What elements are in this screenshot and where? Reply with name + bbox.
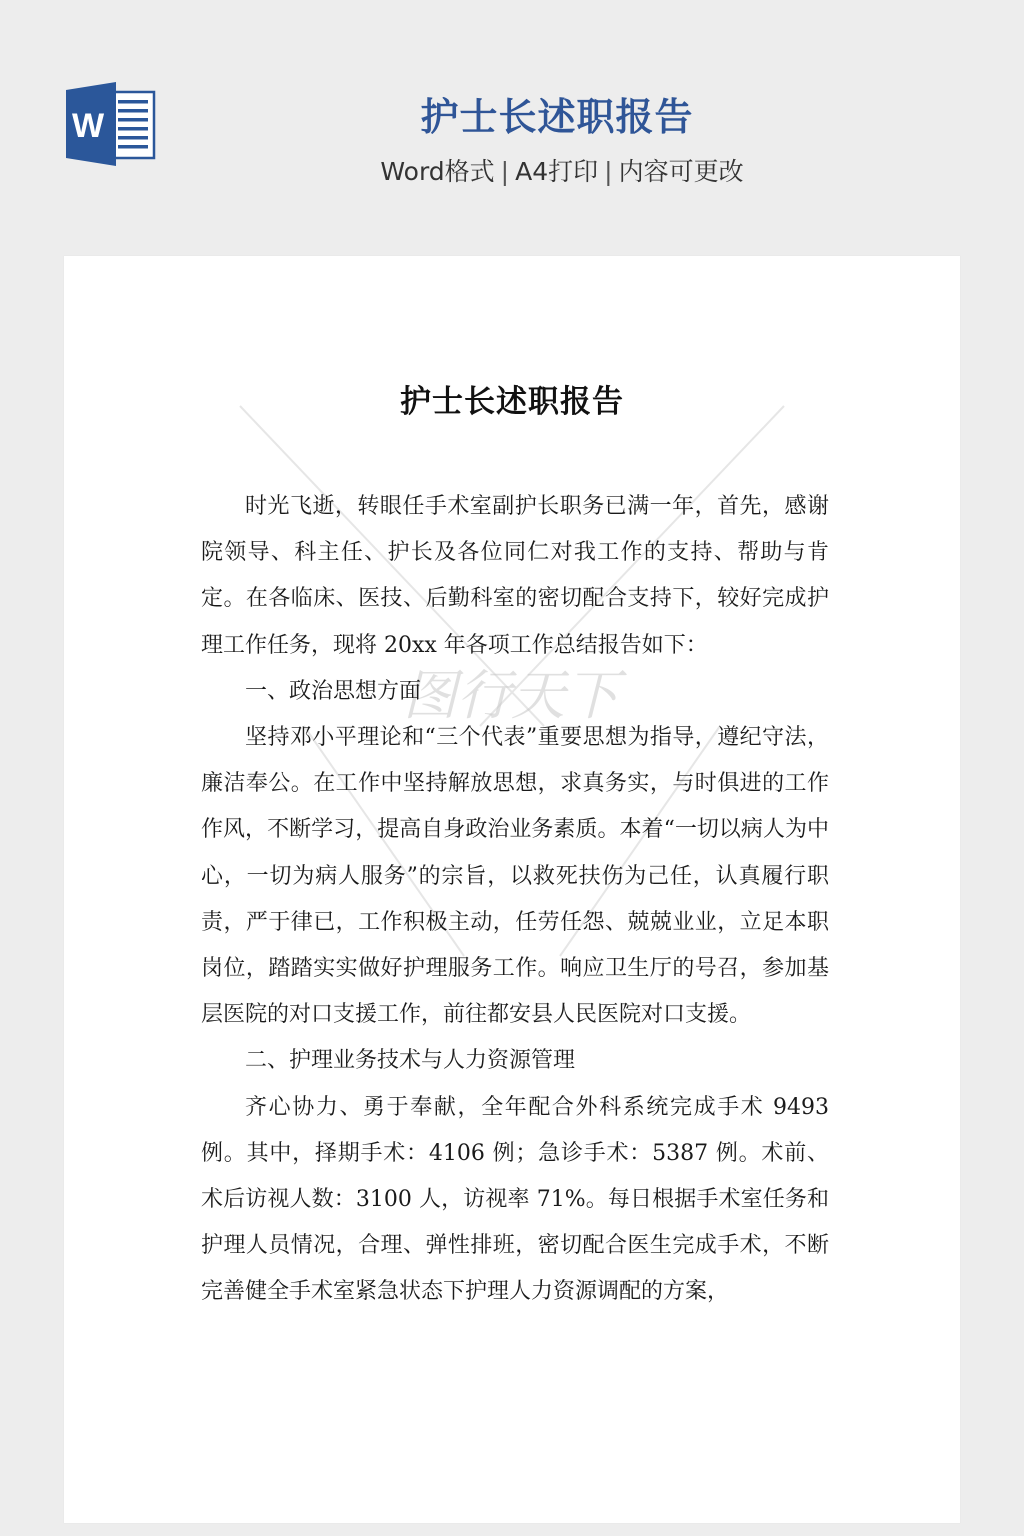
- subtitle-print: A4打印: [515, 157, 598, 186]
- document-page: 图行天下 护士长述职报告 时光飞逝，转眼任手术室副护长职务已满一年，首先，感谢院…: [64, 256, 960, 1523]
- paragraph-nursing: 齐心协力、勇于奉献，全年配合外科系统完成手术 9493 例。其中，择期手术：41…: [201, 1085, 829, 1316]
- document-title: 护士长述职报告: [64, 380, 960, 424]
- paragraph-intro: 时光飞逝，转眼任手术室副护长职务已满一年，首先，感谢院领导、科主任、护长及各位同…: [201, 484, 829, 669]
- document-body: 时光飞逝，转眼任手术室副护长职务已满一年，首先，感谢院领导、科主任、护长及各位同…: [201, 484, 829, 1316]
- template-title: 护士长述职报告: [0, 92, 1024, 142]
- subtitle-separator: |: [501, 157, 509, 186]
- subtitle-format: Word格式: [380, 157, 494, 186]
- paragraph-political: 坚持邓小平理论和“三个代表”重要思想为指导，遵纪守法，廉洁奉公。在工作中坚持解放…: [201, 715, 829, 1038]
- section-heading-political: 一、政治思想方面: [201, 669, 829, 715]
- template-header: W 护士长述职报告 Word格式|A4打印|内容可更改: [0, 0, 1024, 256]
- template-subtitle: Word格式|A4打印|内容可更改: [0, 154, 1024, 190]
- subtitle-editable: 内容可更改: [619, 157, 744, 186]
- subtitle-separator: |: [604, 157, 612, 186]
- section-heading-nursing: 二、护理业务技术与人力资源管理: [201, 1038, 829, 1084]
